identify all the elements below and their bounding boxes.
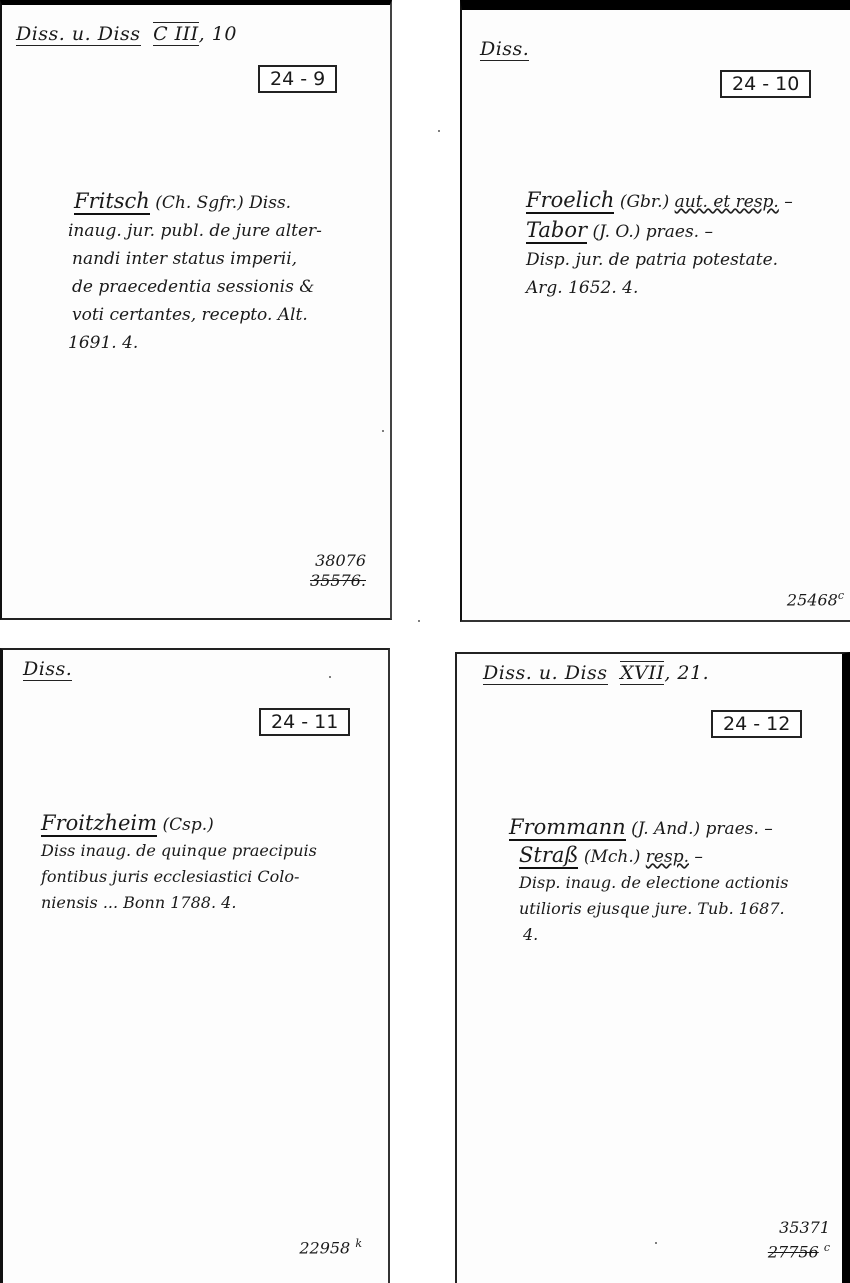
call-number-box: 24 - 10 [720, 70, 811, 98]
praeses-name: Tabor [526, 218, 587, 244]
accession-current: 38076 [310, 551, 366, 571]
entry-text: (Ch. Sgfr.) Diss. [155, 193, 291, 213]
entry-text: – [784, 192, 793, 212]
entry-line: de praecedentia sessionis & [72, 273, 322, 301]
accession-suffix: k [355, 1237, 362, 1250]
accession-suffix: c [838, 589, 844, 602]
entry-line: Straß (Mch.) resp. – [519, 842, 788, 870]
accession-suffix: c [824, 1241, 830, 1254]
shelfmark-suffix: , 10 [199, 23, 237, 45]
entry-line: Froelich (Gbr.) aut. et resp. – [526, 186, 793, 216]
entry-line: voti certantes, recepto. Alt. [72, 301, 322, 329]
accession-numbers: 25468c [787, 586, 844, 610]
accession-current: 35371 [768, 1218, 830, 1238]
catalog-entry: Froelich (Gbr.) aut. et resp. – Tabor (J… [526, 186, 793, 302]
author-name: Frommann [509, 815, 626, 841]
shelfmark: Diss. u. Diss C III, 10 [16, 23, 237, 45]
shelfmark-volume: XVII [620, 661, 664, 685]
shelfmark-text: Diss. u. Diss [16, 23, 141, 46]
entry-text: – [694, 847, 703, 867]
entry-text: (Mch.) [584, 847, 641, 867]
accession-number: 22958 [299, 1238, 350, 1257]
shelfmark-text: Diss. u. Diss [483, 662, 608, 685]
entry-line: Diss inaug. de quinque praecipuis [41, 838, 317, 864]
entry-line: 4. [523, 922, 788, 948]
catalog-card-24-11: Diss. 24 - 11 Froitzheim (Csp.) Diss ina… [0, 648, 390, 1283]
entry-text: (Csp.) [162, 815, 213, 835]
entry-line: Disp. jur. de patria potestate. [526, 246, 793, 274]
shelfmark: Diss. [480, 38, 529, 60]
call-number-box: 24 - 9 [258, 65, 337, 93]
accession-numbers: 38076 35576. [310, 551, 366, 591]
entry-line: Tabor (J. O.) praes. – [526, 216, 793, 246]
scan-speck [438, 130, 440, 132]
scan-speck [382, 430, 384, 432]
call-number-box: 24 - 12 [711, 710, 802, 738]
entry-line: niensis ... Bonn 1788. 4. [41, 890, 317, 916]
shelfmark-suffix: , 21. [664, 662, 709, 684]
author-name: Froitzheim [41, 811, 157, 837]
entry-line: fontibus juris ecclesiastici Colo- [41, 864, 317, 890]
author-name: Fritsch [74, 189, 150, 215]
entry-line: Frommann (J. And.) praes. – [509, 814, 788, 842]
catalog-entry: Frommann (J. And.) praes. – Straß (Mch.)… [509, 814, 788, 948]
scan-speck [418, 620, 420, 622]
shelfmark-text: Diss. [23, 658, 72, 681]
role-text: resp. [646, 847, 689, 867]
scan-speck [655, 1242, 657, 1244]
entry-line: 1691. 4. [68, 329, 322, 357]
accession-old-row: 27756 c [768, 1238, 830, 1262]
accession-number: 25468 [787, 590, 838, 609]
scan-speck [329, 676, 331, 678]
accession-current: 22958 k [299, 1234, 362, 1258]
entry-line: nandi inter status imperii, [72, 245, 322, 273]
shelfmark: Diss. u. Diss XVII, 21. [483, 662, 709, 684]
catalog-card-24-9: Diss. u. Diss C III, 10 24 - 9 Fritsch (… [0, 0, 392, 620]
accession-current: 25468c [787, 586, 844, 610]
entry-line: inaug. jur. publ. de jure alter- [68, 217, 322, 245]
role-text: aut. et resp. [675, 192, 779, 212]
author-name: Froelich [526, 188, 614, 214]
respondent-name: Straß [519, 843, 578, 869]
catalog-entry: Fritsch (Ch. Sgfr.) Diss. inaug. jur. pu… [74, 187, 322, 357]
entry-line: Disp. inaug. de electione actionis [519, 870, 788, 896]
call-number-box: 24 - 11 [259, 708, 350, 736]
entry-line: Fritsch (Ch. Sgfr.) Diss. [74, 187, 322, 217]
catalog-entry: Froitzheim (Csp.) Diss inaug. de quinque… [41, 810, 317, 916]
entry-line: utilioris ejusque jure. Tub. 1687. [519, 896, 788, 922]
catalog-card-24-12: Diss. u. Diss XVII, 21. 24 - 12 Frommann… [455, 652, 850, 1283]
entry-text: (Gbr.) [620, 192, 669, 212]
entry-text: (J. O.) praes. – [592, 222, 713, 242]
shelfmark-text: Diss. [480, 38, 529, 61]
accession-numbers: 22958 k [299, 1234, 362, 1258]
accession-old: 27756 [768, 1242, 819, 1261]
accession-numbers: 35371 27756 c [768, 1218, 830, 1262]
entry-line: Arg. 1652. 4. [526, 274, 793, 302]
entry-text: (J. And.) praes. – [631, 819, 773, 839]
shelfmark-volume: C III [153, 22, 199, 46]
shelfmark: Diss. [23, 658, 72, 680]
accession-old: 35576. [310, 571, 366, 591]
catalog-card-24-10: Diss. 24 - 10 Froelich (Gbr.) aut. et re… [460, 0, 850, 622]
entry-line: Froitzheim (Csp.) [41, 810, 317, 838]
